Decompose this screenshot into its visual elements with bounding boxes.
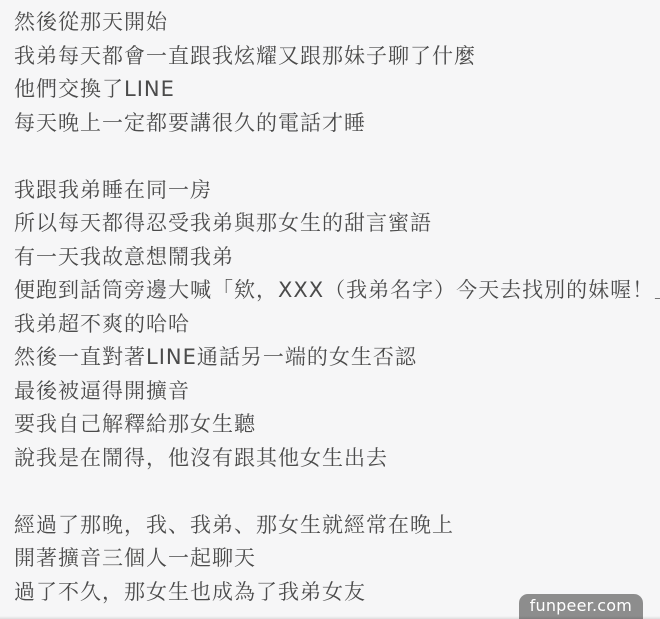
story-line: 開著擴音三個人一起聊天 bbox=[14, 542, 652, 576]
story-text: 然後從那天開始 我弟每天都會一直跟我炫耀又跟那妹子聊了什麼 他們交換了LINE … bbox=[0, 0, 660, 609]
story-line: 所以每天都得忍受我弟與那女生的甜言蜜語 bbox=[14, 207, 652, 241]
story-line: 經過了那晚，我、我弟、那女生就經常在晚上 bbox=[14, 509, 652, 543]
story-line: 每天晚上一定都要講很久的電話才睡 bbox=[14, 107, 652, 141]
story-line: 有一天我故意想鬧我弟 bbox=[14, 241, 652, 275]
story-line: 我弟每天都會一直跟我炫耀又跟那妹子聊了什麼 bbox=[14, 40, 652, 74]
story-line: 然後一直對著LINE通話另一端的女生否認 bbox=[14, 341, 652, 375]
story-line: 我跟我弟睡在同一房 bbox=[14, 174, 652, 208]
story-line: 他們交換了LINE bbox=[14, 73, 652, 107]
story-line: 便跑到話筒旁邊大喊「欸，XXX（我弟名字）今天去找別的妹喔！」 bbox=[14, 274, 652, 308]
story-page: 然後從那天開始 我弟每天都會一直跟我炫耀又跟那妹子聊了什麼 他們交換了LINE … bbox=[0, 0, 660, 619]
story-line: 要我自己解釋給那女生聽 bbox=[14, 408, 652, 442]
watermark-badge: funpeer.com bbox=[519, 594, 643, 619]
watermark-label: funpeer.com bbox=[530, 596, 632, 615]
story-line: 最後被逼得開擴音 bbox=[14, 375, 652, 409]
story-paragraph: 我跟我弟睡在同一房 所以每天都得忍受我弟與那女生的甜言蜜語 有一天我故意想鬧我弟… bbox=[14, 174, 652, 476]
story-line: 然後從那天開始 bbox=[14, 6, 652, 40]
story-paragraph: 然後從那天開始 我弟每天都會一直跟我炫耀又跟那妹子聊了什麼 他們交換了LINE … bbox=[14, 6, 652, 140]
story-line: 我弟超不爽的哈哈 bbox=[14, 308, 652, 342]
story-line: 說我是在鬧得，他沒有跟其他女生出去 bbox=[14, 442, 652, 476]
